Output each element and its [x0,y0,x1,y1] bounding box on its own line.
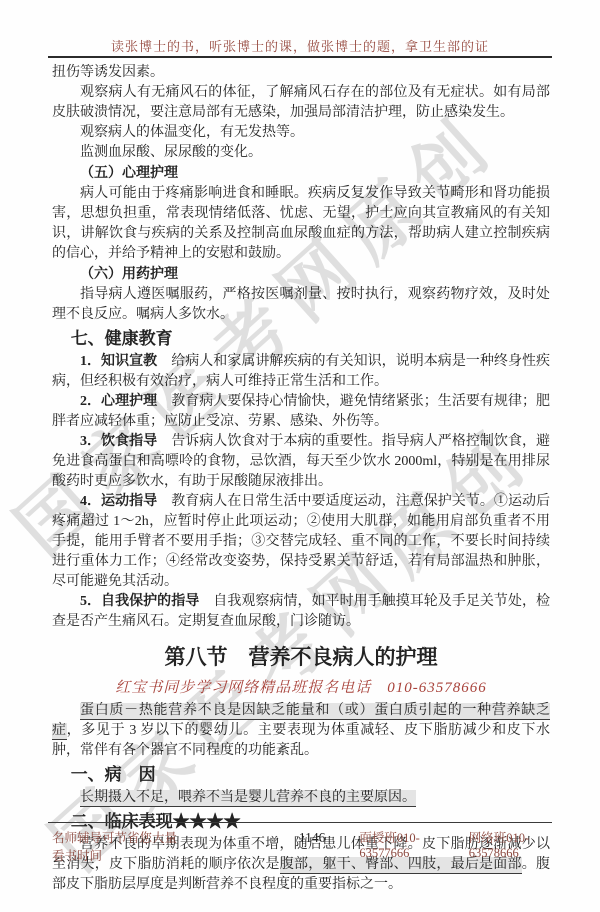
text-run: 5．自我保护的指导 [80,594,199,609]
footer-onsite-class-phone: 面授班010-63577666 [359,828,440,861]
text-run: 4．运动指导 [80,494,157,509]
text-run: 监测血尿酸、尿尿酸的变化。 [80,145,262,160]
text-run: 观察病人有无痛风石的体征，了解痛风石存在的部位及有无症状。如有局部皮肤破溃情况，… [52,85,550,120]
paragraph: 监测血尿酸、尿尿酸的变化。 [52,143,550,163]
footer-tagline: 名师辅导可节省您大量看书时间 [52,828,181,864]
footer-online-class-phone: 网络班010-63578666 [469,828,550,861]
paragraph: 扭伤等诱发因素。 [52,63,550,83]
paragraph: 病人可能由于疼痛影响进食和睡眠。疾病反复发作导致关节畸形和肾功能损害，思想负担重… [52,184,550,264]
paragraph: 5．自我保护的指导 自我观察病情，如平时用手触摸耳轮及手足关节处，检查是否产生痛… [52,592,550,632]
section-title: 第八节 营养不良病人的护理 [52,642,550,672]
heading-etiology: 一、病 因 [52,762,550,787]
paragraph: 长期摄入不足，喂养不当是婴儿营养不良的主要原因。 [52,788,550,808]
header-slogan: 读张博士的书，听张博士的课，做张博士的题，拿卫生部的证 [48,36,552,55]
paragraph: 2．心理护理 教育病人要保持心情愉快，避免情绪紧张；生活要有规律；肥胖者应减轻体… [52,392,550,432]
paragraph: 指导病人遵医嘱服药，严格按医嘱剂量、按时执行，观察药物疗效，及时处理不良反应。嘱… [52,285,550,325]
paragraph: 3．饮食指导 告诉病人饮食对于本病的重要性。指导病人严格控制饮食，避免进食高蛋白… [52,432,550,492]
text-run: 1．知识宣教 [80,354,157,369]
paragraph: 观察病人有无痛风石的体征，了解痛风石存在的部位及有无症状。如有局部皮肤破溃情况，… [52,83,550,123]
text-run: 观察病人的体温变化，有无发热等。 [80,125,304,140]
text-run: ，多见于 3 岁以下的婴幼儿。主要表现为体重减轻、皮下脂肪减少和皮下水肿，常伴有… [52,723,550,758]
heading-psych-care: （五）心理护理 [52,163,550,184]
page-number: 1146 [299,830,326,846]
text-run: 指导病人遵医嘱服药，严格按医嘱剂量、按时执行，观察药物疗效，及时处理不良反应。嘱… [52,287,550,322]
enrollment-hotline: 红宝书同步学习网络精品班报名电话 010-63578666 [52,677,550,699]
text-run: 2．心理护理 [80,394,157,409]
text-run: 3．饮食指导 [80,434,157,449]
paragraph: 观察病人的体温变化，有无发热等。 [52,123,550,143]
heading-health-education: 七、健康教育 [52,326,550,351]
text-run: 七、健康教育 [71,329,173,348]
header-rule [48,56,552,58]
text-run: （五）心理护理 [80,166,178,181]
footer: 名师辅导可节省您大量看书时间 1146 面授班010-63577666 网络班0… [52,828,550,864]
paragraph: 蛋白质－热能营养不良是因缺乏能量和（或）蛋白质引起的一种营养缺乏症，多见于 3 … [52,701,550,761]
footer-rule [48,822,552,823]
scanned-textbook-page: 国家医考网原创 国家医考网原创 读张博士的书，听张博士的课，做张博士的题，拿卫生… [0,0,600,912]
paragraph: 4．运动指导 教育病人在日常生活中要适度运动，注意保护关节。①运动后疼痛超过 1… [52,492,550,592]
text-run: 病人可能由于疼痛影响进食和睡眠。疾病反复发作导致关节畸形和肾功能损害，思想负担重… [52,186,550,261]
text-run: 一、病 因 [71,765,156,784]
paragraph: 1．知识宣教 给病人和家属讲解疾病的有关知识，说明本病是一种终身性疾病，但经积极… [52,352,550,392]
heading-medication-care: （六）用药护理 [52,264,550,285]
text-run: 扭伤等诱发因素。 [52,65,164,80]
text-run: 第八节 营养不良病人的护理 [165,645,438,669]
highlighted-key-text: 长期摄入不足，喂养不当是婴儿营养不良的主要原因。 [80,790,416,807]
text-run: 红宝书同步学习网络精品班报名电话 010-63578666 [115,680,487,696]
document-body: 扭伤等诱发因素。观察病人有无痛风石的体征，了解痛风石存在的部位及有无症状。如有局… [52,63,550,895]
text-run: （六）用药护理 [80,267,178,282]
